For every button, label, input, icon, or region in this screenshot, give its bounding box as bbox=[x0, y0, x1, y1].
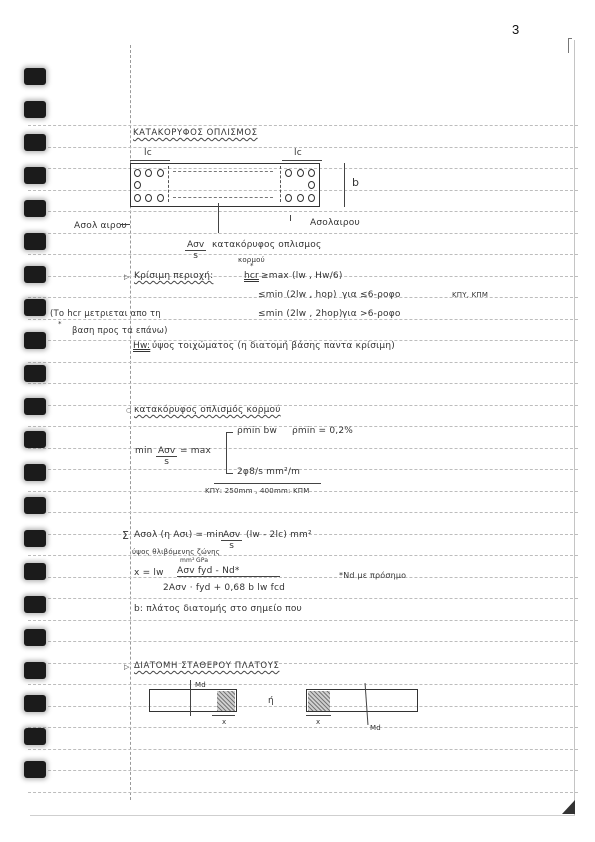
binder-hole bbox=[24, 563, 46, 580]
binder-hole bbox=[24, 497, 46, 514]
ruled-line bbox=[28, 125, 578, 126]
x-right-dimension bbox=[306, 715, 331, 716]
rebar bbox=[134, 194, 141, 202]
ruled-line bbox=[28, 555, 578, 556]
min-asv-fraction: Ασv s bbox=[156, 446, 177, 467]
rebar bbox=[285, 194, 292, 202]
b-label: b bbox=[352, 176, 359, 189]
rebar bbox=[145, 194, 152, 202]
hw-label: Hw: bbox=[133, 341, 150, 351]
md-left-arrow bbox=[190, 680, 191, 716]
hcr-rule-min-low: ≤min (2lw , hop) bbox=[258, 290, 337, 300]
bar-spacing-note: ΚΠΥ: 250mm , 400mm: ΚΠΜ bbox=[205, 487, 309, 495]
binder-hole bbox=[24, 530, 46, 547]
ruled-line bbox=[28, 469, 578, 470]
binder-hole bbox=[24, 629, 46, 646]
compression-zone-note: ύψος θλιβόμενης ζώνης bbox=[132, 548, 220, 556]
lc-right-label: lc bbox=[294, 148, 302, 158]
ruled-line bbox=[28, 233, 578, 234]
binder-hole bbox=[24, 365, 46, 382]
asol-formula-lhs: Ασολ (η Ασι) = min bbox=[134, 530, 224, 540]
md-right-label: Md bbox=[370, 724, 381, 732]
min-asv-prefix: min bbox=[135, 446, 153, 456]
binder-hole bbox=[24, 101, 46, 118]
section2-bullet: ▷ bbox=[124, 663, 130, 671]
binder-hole bbox=[24, 761, 46, 778]
binder-hole bbox=[24, 662, 46, 679]
asv-denominator: s bbox=[193, 251, 198, 261]
hcr-symbol: hcr bbox=[244, 271, 259, 281]
asol-denominator: s bbox=[229, 541, 234, 551]
hcr-note-line2: βαση προς τα επάνω) bbox=[72, 326, 168, 336]
rebar bbox=[134, 181, 141, 189]
or-label: ή bbox=[268, 696, 274, 706]
ruled-line bbox=[28, 211, 578, 212]
asol-right-label: Ασολαιρου bbox=[310, 218, 360, 228]
binder-hole bbox=[24, 695, 46, 712]
critical-bullet: ▷ bbox=[124, 273, 130, 281]
binder-hole bbox=[24, 332, 46, 349]
ruled-line bbox=[28, 684, 578, 685]
x-formula-denominator: 2Ασv · fyd + 0,68 b lw fcd bbox=[163, 583, 285, 593]
asv-fraction: Ασv s bbox=[185, 240, 206, 261]
hw-definition: ύψος τοιχώματος (η διατομή βάσης παντα κ… bbox=[152, 341, 395, 351]
min-asv-denominator: s bbox=[164, 457, 169, 467]
sigma-symbol: Σ bbox=[122, 529, 129, 542]
web-bullet: ○ bbox=[126, 407, 131, 414]
asol-fraction: Ασv s bbox=[221, 530, 242, 551]
hcr-rule-min-low-condition: για ≤6-ροφο bbox=[342, 290, 401, 300]
max-bracket bbox=[226, 432, 233, 474]
ruled-line bbox=[28, 727, 578, 728]
critical-region-label: Κρίσιμη περιοχή: bbox=[134, 271, 213, 281]
binder-hole bbox=[24, 596, 46, 613]
hcr-rule-ductility-classes: ΚΠΥ, ΚΠΜ bbox=[452, 291, 488, 299]
binder-hole bbox=[24, 200, 46, 217]
binder-hole bbox=[24, 398, 46, 415]
asv-numerator: Ασv bbox=[185, 240, 206, 251]
ruled-line bbox=[28, 749, 578, 750]
ruled-line bbox=[28, 512, 578, 513]
section-title-constant-width: ΔΙΑΤΟΜΗ ΣΤΑΘΕΡΟΥ ΠΛΑΤΟΥΣ bbox=[134, 661, 279, 671]
page-number: 3 bbox=[512, 22, 519, 37]
nd-sign-note: *Nd με πρόσημο bbox=[339, 571, 406, 580]
rebar bbox=[134, 169, 141, 177]
lc-left-label: lc bbox=[144, 148, 152, 158]
hcr-rule-min-high-condition: για >6-ροφο bbox=[342, 309, 401, 319]
boundary-element-divider bbox=[168, 166, 169, 202]
rebar bbox=[308, 194, 315, 202]
x-right-label: x bbox=[316, 718, 320, 726]
web-reinforcement-title: κατακόρυφος οπλισμός κορμού bbox=[134, 405, 281, 415]
x-units-gpa: GPa bbox=[196, 557, 208, 564]
section-title-vertical-reinforcement: ΚΑΤΑΚΟΡΥΦΟΣ ΟΠΛΙΣΜΟΣ bbox=[133, 128, 258, 138]
max-case-min-bars: 2φ8/s mm²/m bbox=[237, 467, 300, 477]
boundary-element-divider bbox=[280, 166, 281, 202]
rebar bbox=[157, 169, 164, 177]
x-formula-lhs: x = lw bbox=[134, 568, 164, 578]
ruled-line bbox=[28, 663, 578, 664]
compression-zone-left bbox=[217, 691, 235, 711]
asv-description: κατακόρυφος οπλισμος bbox=[212, 240, 321, 250]
ruled-line bbox=[28, 620, 578, 621]
ruled-line bbox=[28, 706, 578, 707]
rebar bbox=[297, 169, 304, 177]
hcr-rule-min-high: ≤min (2lw , 2hop) bbox=[258, 309, 343, 319]
ruled-line bbox=[28, 405, 578, 406]
spacing-bracket bbox=[214, 483, 321, 484]
ruled-line bbox=[28, 598, 578, 599]
rebar bbox=[308, 181, 315, 189]
binder-hole bbox=[24, 266, 46, 283]
hcr-note-star: * bbox=[58, 320, 62, 328]
md-left-label: Md bbox=[195, 681, 206, 689]
rebar bbox=[285, 169, 292, 177]
ruled-line bbox=[28, 319, 578, 320]
rebar bbox=[157, 194, 164, 202]
right-edge bbox=[574, 40, 575, 815]
corner-mark bbox=[568, 38, 572, 53]
ruled-line bbox=[28, 147, 578, 148]
binder-hole bbox=[24, 464, 46, 481]
x-formula-numerator: Ασv fyd - Nd* bbox=[177, 566, 280, 577]
b-dimension bbox=[344, 163, 345, 207]
ruled-line bbox=[28, 362, 578, 363]
hcr-rule-max: ≥max (lw , Hw/6) bbox=[261, 271, 343, 281]
asol-left-label: Ασολ αιρου bbox=[74, 221, 127, 231]
asol-numerator: Ασv bbox=[221, 530, 242, 541]
ruled-line bbox=[28, 641, 578, 642]
binder-hole bbox=[24, 134, 46, 151]
compression-zone-right bbox=[308, 691, 330, 711]
binder-hole bbox=[24, 68, 46, 85]
binder-hole bbox=[24, 233, 46, 250]
rebar bbox=[297, 194, 304, 202]
web-bars-bottom bbox=[173, 197, 273, 198]
min-asv-equals-max: = max bbox=[180, 446, 211, 456]
lc-right-dimension bbox=[282, 160, 322, 161]
page-corner-curl bbox=[562, 800, 575, 814]
rho-min-value: ρmin = 0,2% bbox=[292, 426, 353, 436]
ruled-line bbox=[28, 448, 578, 449]
ruled-line bbox=[28, 577, 578, 578]
rebar bbox=[145, 169, 152, 177]
b-width-note: b: πλάτος διατομής στο σημείο που bbox=[134, 604, 302, 614]
asol-right-arrow bbox=[290, 215, 291, 221]
min-asv-numerator: Ασv bbox=[156, 446, 177, 457]
x-left-dimension bbox=[212, 715, 235, 716]
binder-hole bbox=[24, 299, 46, 316]
ruled-line bbox=[28, 770, 578, 771]
hcr-note-line1: (Το hcr μετριεται απο τη bbox=[50, 309, 161, 319]
ruled-line bbox=[28, 254, 578, 255]
asv-arrow bbox=[218, 203, 219, 233]
binder-hole bbox=[24, 167, 46, 184]
bottom-edge bbox=[30, 815, 575, 816]
asol-formula-rhs: (lw - 2lc) mm² bbox=[246, 530, 312, 540]
asol-left-arrow bbox=[120, 224, 130, 225]
hcr-star: * bbox=[250, 262, 254, 270]
ruled-line bbox=[28, 792, 578, 793]
ruled-line bbox=[28, 383, 578, 384]
max-case-rho-bw: ρmin bw bbox=[237, 426, 277, 436]
margin-line bbox=[130, 45, 131, 800]
rebar bbox=[308, 169, 315, 177]
binder-hole bbox=[24, 431, 46, 448]
lc-left-dimension bbox=[130, 160, 170, 161]
x-units-mm2: mm² bbox=[180, 557, 195, 564]
binder-hole bbox=[24, 728, 46, 745]
wall-cross-section bbox=[130, 163, 320, 207]
web-bars-top bbox=[173, 171, 273, 172]
x-left-label: x bbox=[222, 718, 226, 726]
